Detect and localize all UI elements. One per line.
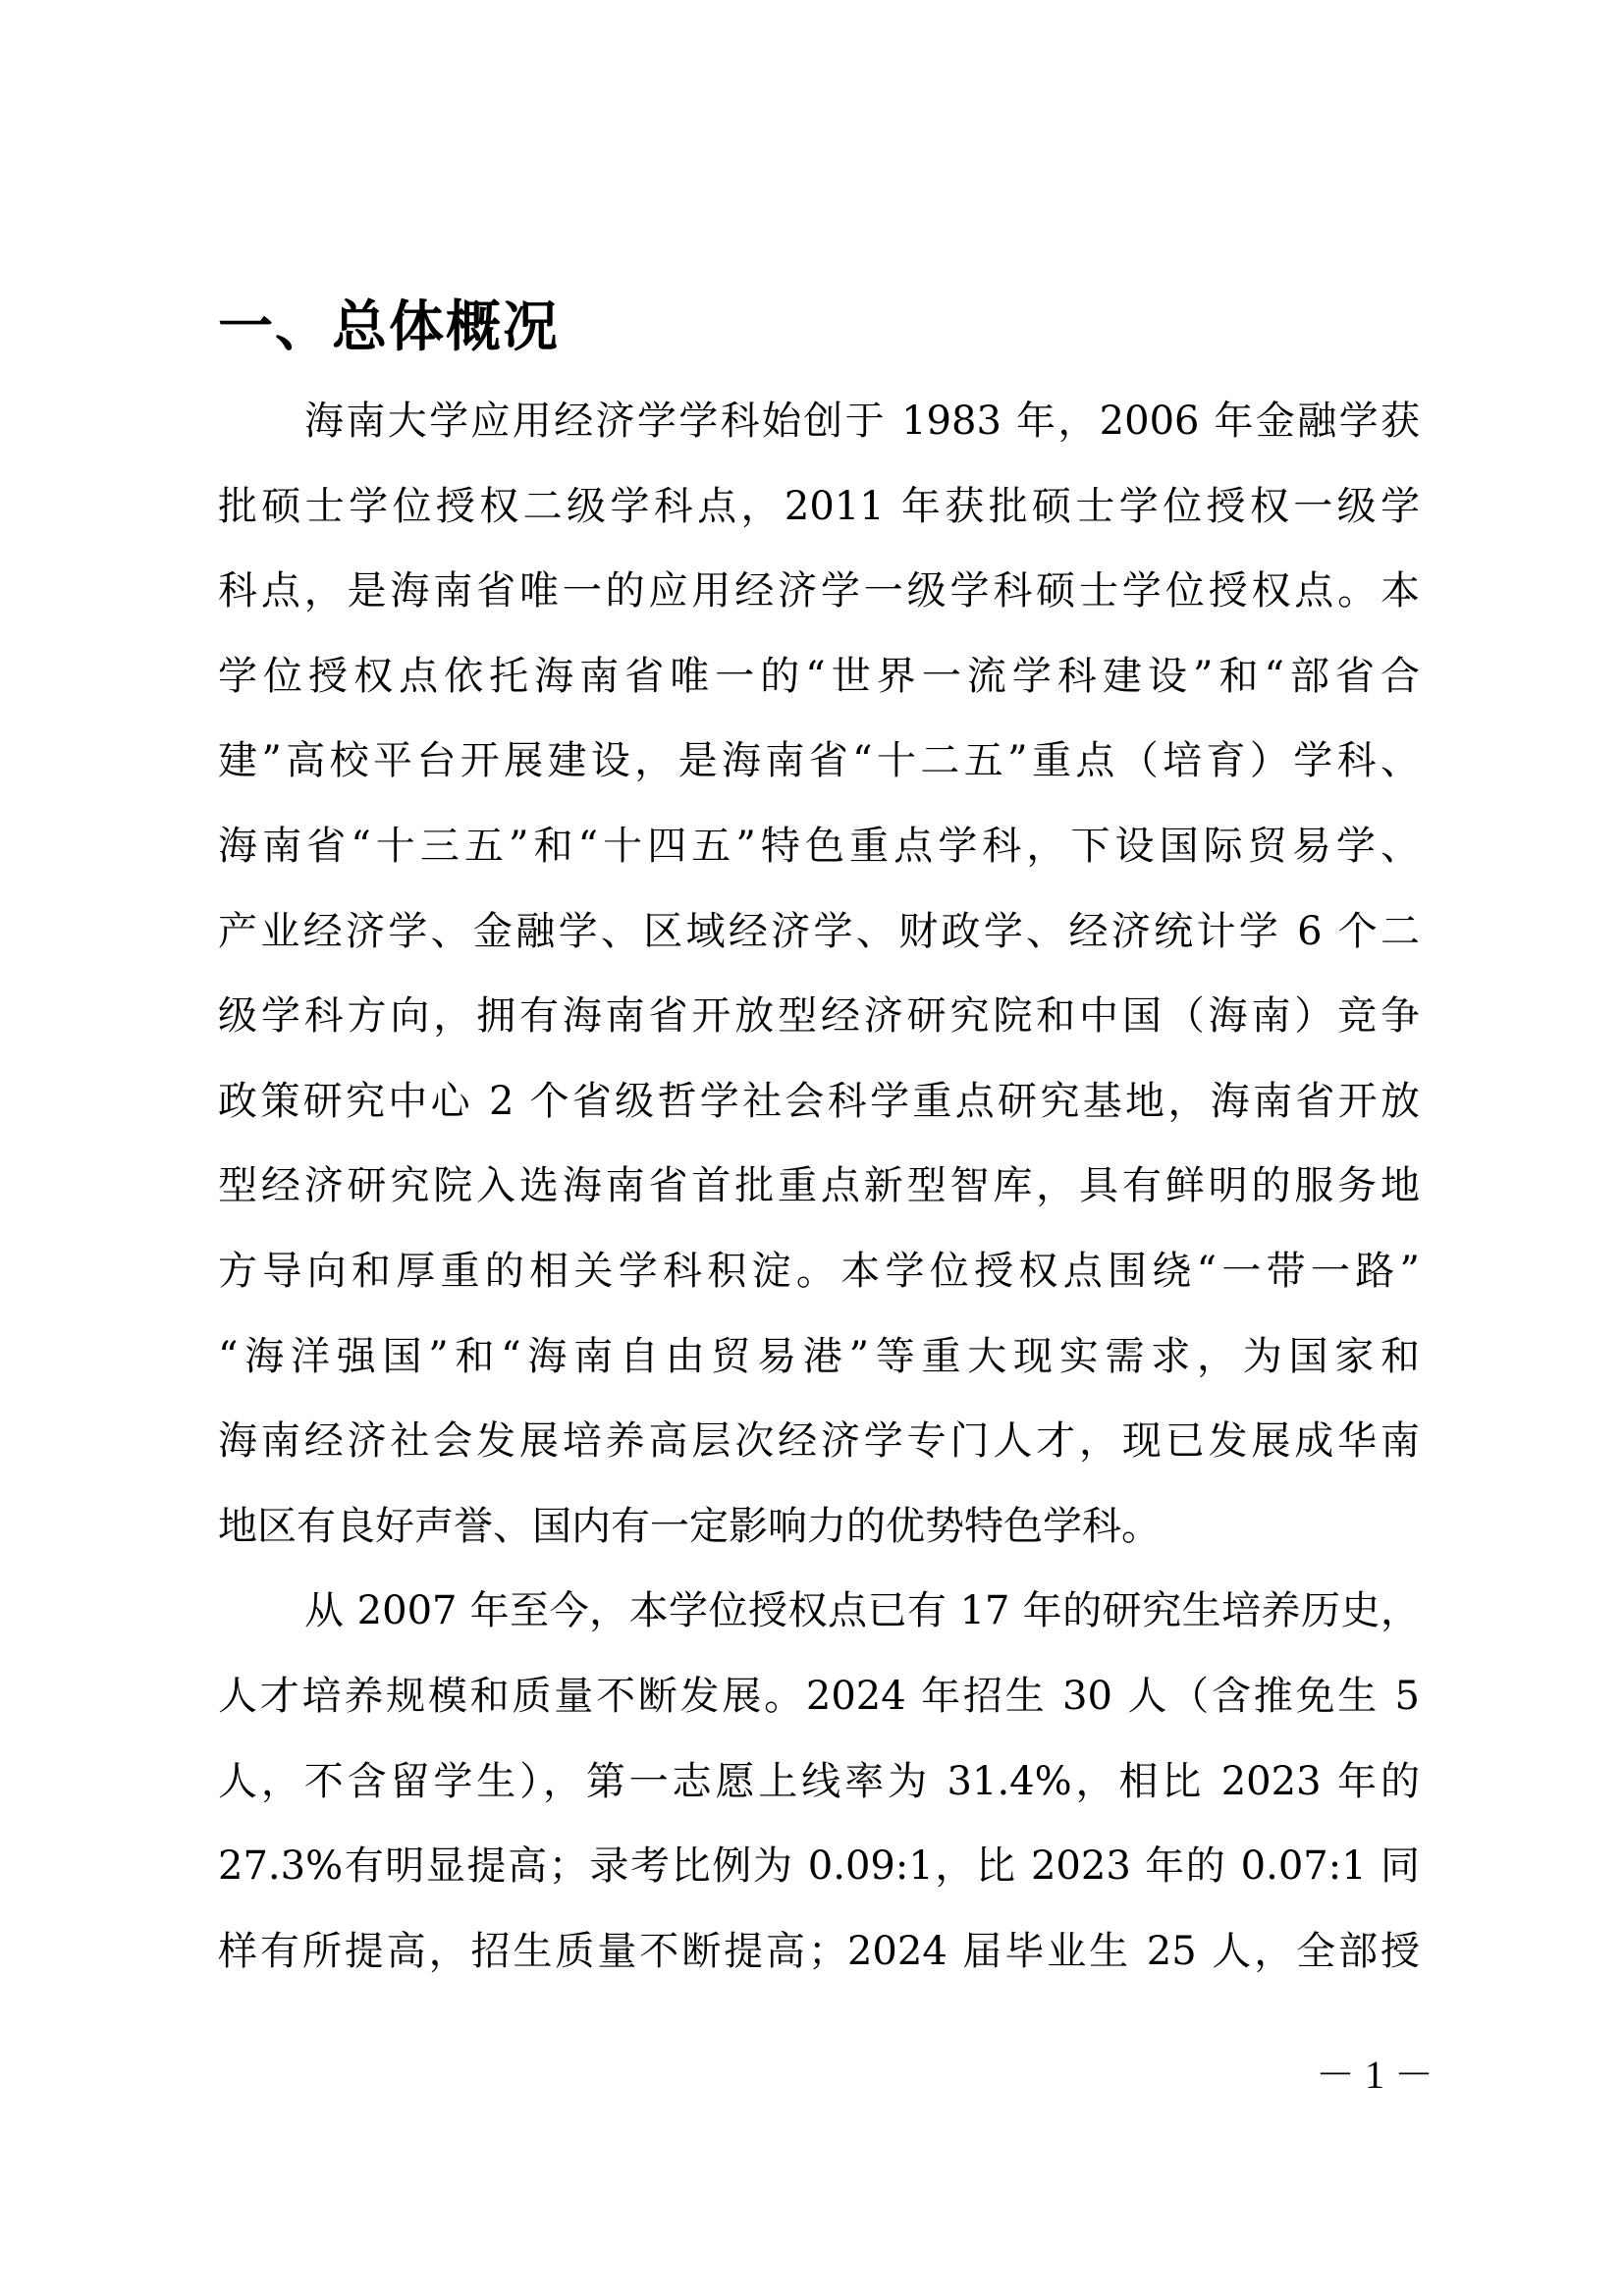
text-line: 型经济研究院入选海南省首批重点新型智库，具有鲜明的服务地 xyxy=(218,1144,1420,1229)
text-line: 海南大学应用经济学学科始创于 1983 年，2006 年金融学获 xyxy=(218,379,1420,464)
paragraph-overview: 海南大学应用经济学学科始创于 1983 年，2006 年金融学获 批硕士学位授权… xyxy=(218,379,1420,1569)
text-line: 从 2007 年至今，本学位授权点已有 17 年的研究生培养历史， xyxy=(218,1569,1420,1654)
text-line: 产业经济学、金融学、区域经济学、财政学、经济统计学 6 个二 xyxy=(218,889,1420,975)
section-heading: 一、总体概况 xyxy=(218,293,560,363)
text-line: 样有所提高，招生质量不断提高；2024 届毕业生 25 人，全部授 xyxy=(218,1909,1420,1995)
text-line: 地区有良好声誉、国内有一定影响力的优势特色学科。 xyxy=(218,1484,1420,1570)
document-page: 一、总体概况 海南大学应用经济学学科始创于 1983 年，2006 年金融学获 … xyxy=(0,0,1624,2296)
text-line: 政策研究中心 2 个省级哲学社会科学重点研究基地，海南省开放 xyxy=(218,1059,1420,1145)
body-text: 海南大学应用经济学学科始创于 1983 年，2006 年金融学获 批硕士学位授权… xyxy=(218,379,1420,1994)
text-line: 级学科方向，拥有海南省开放型经济研究院和中国（海南）竞争 xyxy=(218,974,1420,1059)
paragraph-training-history: 从 2007 年至今，本学位授权点已有 17 年的研究生培养历史， 人才培养规模… xyxy=(218,1569,1420,1994)
text-line: 人，不含留学生），第一志愿上线率为 31.4%，相比 2023 年的 xyxy=(218,1739,1420,1825)
text-line: 海南经济社会发展培养高层次经济学专门人才，现已发展成华南 xyxy=(218,1399,1420,1484)
text-line: 批硕士学位授权二级学科点，2011 年获批硕士学位授权一级学 xyxy=(218,464,1420,550)
text-line: 建”高校平台开展建设，是海南省“十二五”重点（培育）学科、 xyxy=(218,719,1420,804)
text-line: “海洋强国”和“海南自由贸易港”等重大现实需求，为国家和 xyxy=(218,1314,1420,1400)
page-number: － 1 － xyxy=(1316,2054,1424,2097)
text-line: 科点，是海南省唯一的应用经济学一级学科硕士学位授权点。本 xyxy=(218,549,1420,634)
text-line: 学位授权点依托海南省唯一的“世界一流学科建设”和“部省合 xyxy=(218,634,1420,720)
text-line: 方导向和厚重的相关学科积淀。本学位授权点围绕“一带一路” xyxy=(218,1229,1420,1314)
text-line: 27.3%有明显提高；录考比例为 0.09:1，比 2023 年的 0.07:1… xyxy=(218,1824,1420,1909)
text-line: 人才培养规模和质量不断发展。2024 年招生 30 人（含推免生 5 xyxy=(218,1654,1420,1739)
text-line: 海南省“十三五”和“十四五”特色重点学科，下设国际贸易学、 xyxy=(218,804,1420,889)
